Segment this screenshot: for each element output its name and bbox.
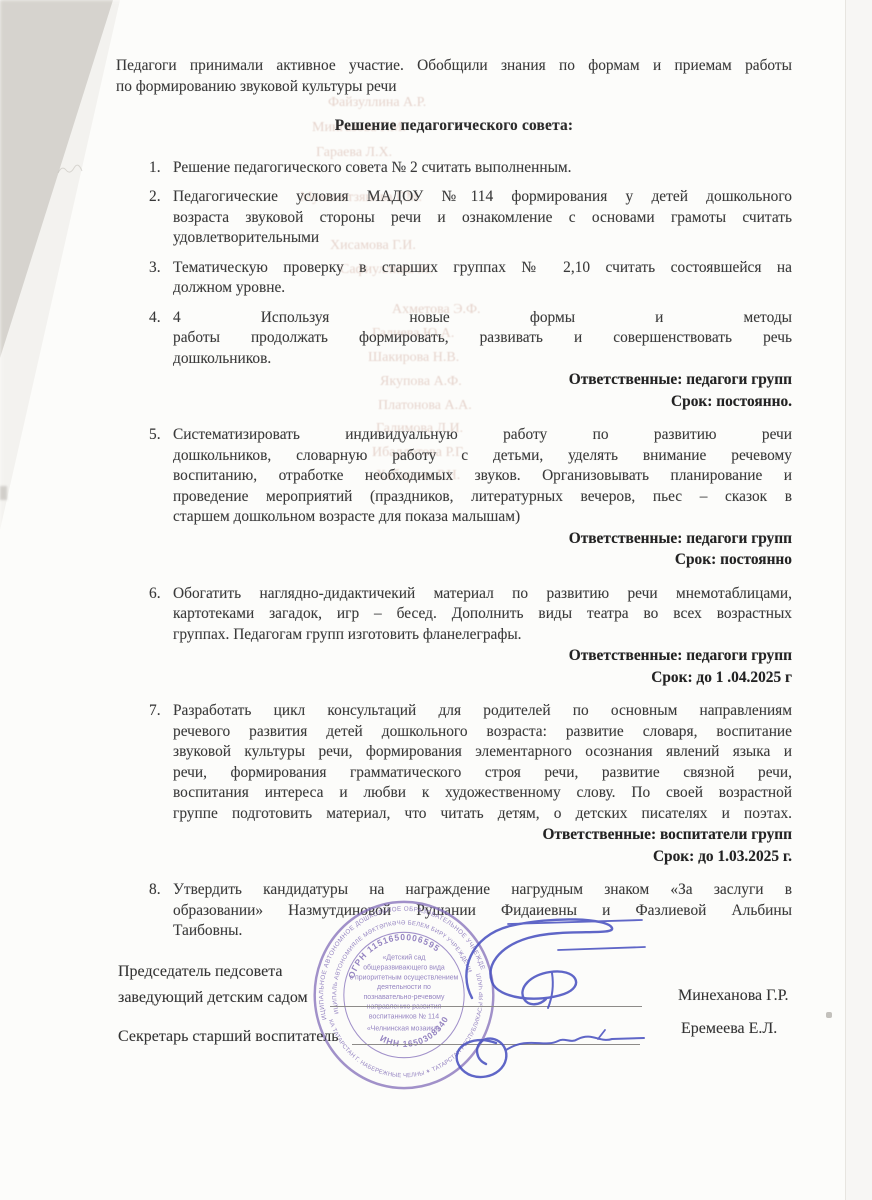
item-text-line: группе подготовить материал, что читать … — [173, 804, 792, 825]
list-item: 7.Разработать цикл консультаций для роди… — [116, 701, 792, 871]
item-text: Разработать цикл консультаций для родите… — [173, 701, 792, 824]
deadline-line: Срок: до 1 .04.2025 г — [173, 668, 792, 689]
list-item: 1.Решение педагогического совета № 2 счи… — [116, 158, 792, 179]
scan-right-edge-strip — [846, 0, 872, 1200]
item-body: Решение педагогического совета № 2 счита… — [173, 158, 792, 179]
item-text-line: речи, формирования грамматического строя… — [173, 763, 792, 784]
list-item: 3.Тематическую проверку в старших группа… — [116, 258, 792, 299]
item-number: 4. — [149, 308, 173, 417]
item-text-line: воспитанию, отработке необходимых звуков… — [173, 466, 792, 487]
deadline-line: Срок: постоянно — [173, 550, 792, 571]
item-text-line: звуковой культуры речи, формирования эле… — [173, 742, 792, 763]
pencil-scribble — [56, 162, 84, 178]
list-item: 2.Педагогические условия МАДОУ №114 форм… — [116, 187, 792, 249]
item-number: 6. — [149, 584, 173, 693]
item-text-line: воспитания интереса и любви к художестве… — [173, 783, 792, 804]
item-number: 8. — [149, 880, 173, 942]
item-text-line: старшем дошкольном возрасте для показа м… — [173, 507, 792, 528]
item-number: 3. — [149, 258, 173, 299]
responsible-line: Ответственные: педагоги групп — [173, 646, 792, 667]
item-body: Обогатить наглядно-дидактичекий материал… — [173, 584, 792, 693]
decision-list: 1.Решение педагогического совета № 2 счи… — [116, 158, 792, 942]
item-text-line: дошкольников, словарную работу с детьми,… — [173, 446, 792, 467]
item-text: Систематизировать индивидуальную работу … — [173, 425, 792, 528]
signature-stroke-1 — [466, 919, 645, 1008]
item-text-line: 4 Используя новые формы и методы — [173, 308, 792, 329]
item-text-line: Тематическую проверку в старших группах … — [173, 258, 792, 279]
list-item: 4.4 Используя новые формы и методыработы… — [116, 308, 792, 417]
item-text-line: Решение педагогического совета № 2 счита… — [173, 158, 792, 179]
item-text-line: возраста звуковой стороны речи и ознаком… — [173, 208, 792, 229]
item-text-line: Обогатить наглядно-дидактичекий материал… — [173, 584, 792, 605]
item-text: Обогатить наглядно-дидактичекий материал… — [173, 584, 792, 646]
intro-paragraph: Педагоги принимали активное участие. Обо… — [116, 56, 792, 97]
item-number: 5. — [149, 425, 173, 575]
item-number: 2. — [149, 187, 173, 249]
signatory-role-1b: заведующий детским садом — [118, 989, 308, 1007]
item-text-line: удовлетворительными — [173, 228, 792, 249]
item-body: Систематизировать индивидуальную работу … — [173, 425, 792, 575]
item-body: Разработать цикл консультаций для родите… — [173, 701, 792, 871]
scan-page-edge-line — [845, 0, 846, 1200]
document-body: Педагоги принимали активное участие. Обо… — [116, 56, 792, 951]
responsible-line: Ответственные: педагоги групп — [173, 370, 792, 391]
item-text-line: Систематизировать индивидуальную работу … — [173, 425, 792, 446]
item-text-line: дошкольников. — [173, 349, 792, 370]
scan-smudge — [0, 486, 7, 500]
intro-line: по формированию звуковой культуры речи — [116, 77, 792, 98]
item-text-line: речевого развития детей дошкольного возр… — [173, 722, 792, 743]
intro-line: Педагоги принимали активное участие. Обо… — [116, 56, 792, 77]
item-body: Педагогические условия МАДОУ №114 формир… — [173, 187, 792, 249]
item-text-line: Педагогические условия МАДОУ №114 формир… — [173, 187, 792, 208]
scan-speck — [826, 1012, 832, 1018]
ink-signatures — [300, 878, 700, 1108]
item-text: Тематическую проверку в старших группах … — [173, 258, 792, 299]
item-text-line: Разработать цикл консультаций для родите… — [173, 701, 792, 722]
signatory-role-1: Председатель педсовета — [118, 963, 283, 981]
scan-corner-shadow — [0, 0, 130, 540]
item-text-line: проведение мероприятий (праздников, лите… — [173, 487, 792, 508]
responsible-line: Ответственные: воспитатели групп — [173, 825, 792, 846]
signature-stroke-2 — [457, 1030, 644, 1077]
item-number: 7. — [149, 701, 173, 871]
deadline-line: Срок: до 1.03.2025 г. — [173, 847, 792, 868]
list-item: 5.Систематизировать индивидуальную работ… — [116, 425, 792, 575]
item-text-line: группах. Педагогам групп изготовить флан… — [173, 625, 792, 646]
item-text: Решение педагогического совета № 2 счита… — [173, 158, 792, 179]
item-number: 1. — [149, 158, 173, 179]
item-text-line: работы продолжать формировать, развивать… — [173, 328, 792, 349]
scanned-document: Файзуллина А.Р.Мингазова Г.М.Гараева Л.Х… — [0, 0, 872, 1200]
deadline-line: Срок: постоянно. — [173, 392, 792, 413]
item-text: Педагогические условия МАДОУ №114 формир… — [173, 187, 792, 249]
responsible-line: Ответственные: педагоги групп — [173, 529, 792, 550]
item-body: Тематическую проверку в старших группах … — [173, 258, 792, 299]
item-text: 4 Используя новые формы и методыработы п… — [173, 308, 792, 370]
section-heading: Решение педагогического совета: — [116, 116, 792, 137]
item-text-line: картотеками загадок, игр – бесед. Дополн… — [173, 604, 792, 625]
item-text-line: должном уровне. — [173, 278, 792, 299]
list-item: 6.Обогатить наглядно-дидактичекий матери… — [116, 584, 792, 693]
item-body: 4 Используя новые формы и методыработы п… — [173, 308, 792, 417]
